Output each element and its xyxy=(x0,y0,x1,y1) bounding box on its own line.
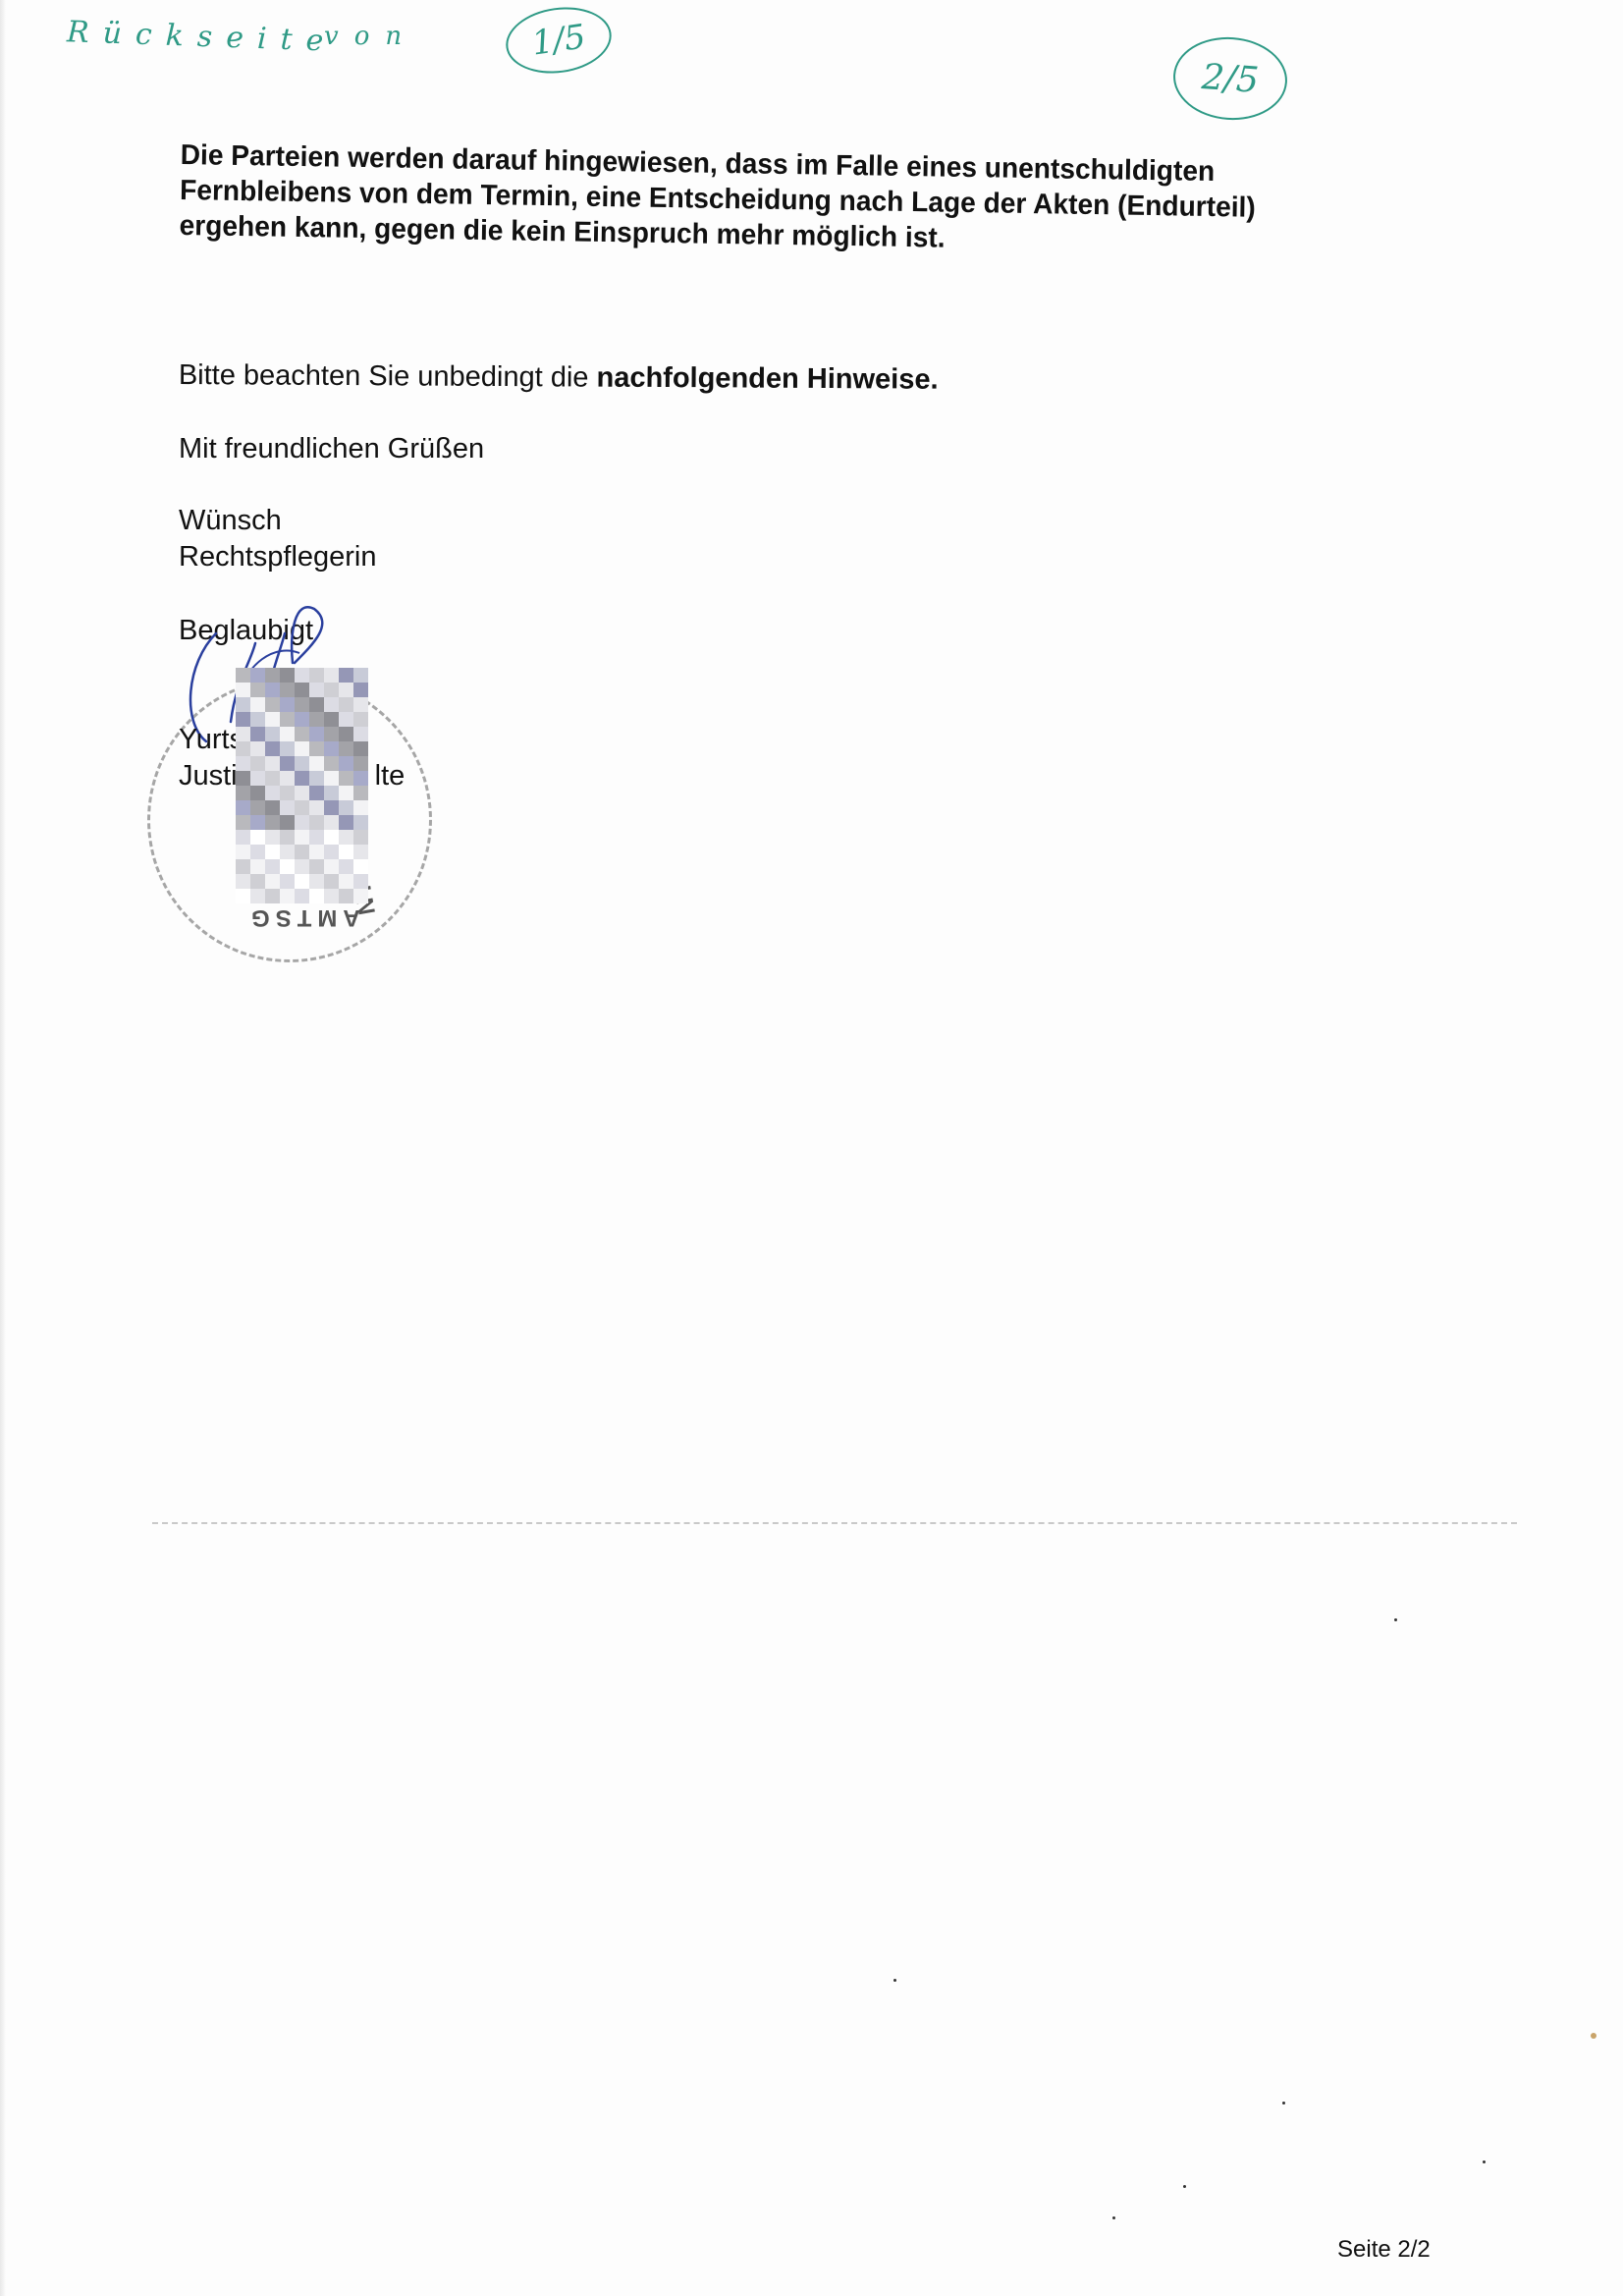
scan-speck xyxy=(1183,2185,1186,2188)
hint-bold: nachfolgenden Hinweise. xyxy=(596,362,938,396)
scan-speck xyxy=(1112,2216,1115,2219)
stamp-text-bottom: AMTSG xyxy=(245,903,360,931)
handwritten-note: Rückseite xyxy=(66,15,338,59)
scan-speck xyxy=(1394,1618,1397,1621)
scan-speck xyxy=(1282,2102,1285,2105)
hint-prefix: Bitte beachten Sie unbedingt die xyxy=(179,359,597,394)
signer-role: Rechtspflegerin xyxy=(179,539,377,574)
clerk-role-suffix: lte xyxy=(375,760,406,792)
circled-page-mark-2: 2/5 xyxy=(1170,33,1290,124)
fold-line xyxy=(152,1522,1517,1524)
scan-edge-shadow xyxy=(0,0,6,2296)
closing-greeting: Mit freundlichen Grüßen xyxy=(179,431,484,466)
circled-page-mark-1: 1/5 xyxy=(502,1,616,80)
signer-name: Wünsch xyxy=(179,503,282,538)
handwritten-von: von xyxy=(324,22,417,51)
circled-page-mark-2-text: 2/5 xyxy=(1201,57,1261,101)
document-page: Rückseite von 1/5 2/5 Die Parteien werde… xyxy=(0,0,1623,2296)
scan-speck xyxy=(1483,2160,1486,2163)
scan-speck xyxy=(893,1979,896,1982)
scan-speck xyxy=(1591,2033,1596,2039)
default-judgment-notice: Die Parteien werden darauf hingewiesen, … xyxy=(179,137,1361,262)
circled-page-mark-1-text: 1/5 xyxy=(529,17,588,63)
clerk-role-prefix: Justi xyxy=(179,760,238,792)
clerk-name: Yurts xyxy=(179,722,243,757)
redacted-area xyxy=(236,668,368,903)
hint-line: Bitte beachten Sie unbedingt die nachfol… xyxy=(179,357,939,398)
page-number: Seite 2/2 xyxy=(1337,2236,1431,2264)
